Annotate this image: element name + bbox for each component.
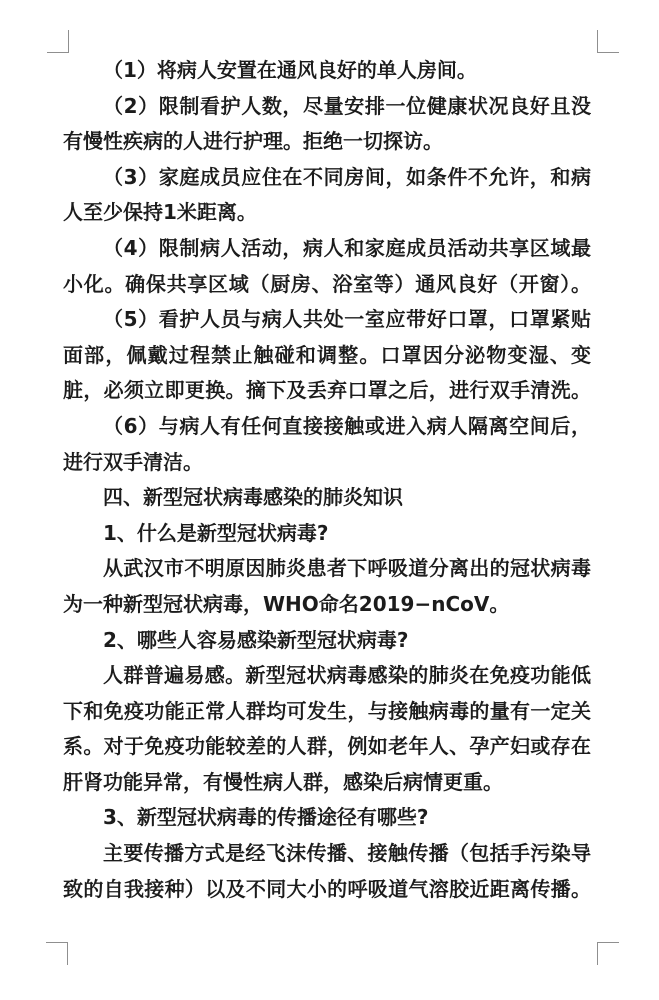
crop-mark-bottom-right (597, 942, 619, 965)
paragraph: （5）看护人员与病人共处一室应带好口罩，口罩紧贴 面部，佩戴过程禁止触碰和调整。… (63, 302, 591, 409)
text-line: （5）看护人员与病人共处一室应带好口罩，口罩紧贴 (63, 302, 591, 338)
text-line: 脏，必须立即更换。摘下及丢弃口罩之后，进行双手清洗。 (63, 373, 591, 409)
text-line: 1、什么是新型冠状病毒? (63, 516, 591, 552)
crop-mark-top-right (597, 30, 619, 53)
text-line: 下和免疫功能正常人群均可发生，与接触病毒的量有一定关 (63, 694, 591, 730)
document-page: （1）将病人安置在通风良好的单人房间。 （2）限制看护人数，尽量安排一位健康状况… (0, 0, 659, 1000)
paragraph: （6）与病人有任何直接接触或进入病人隔离空间后， 进行双手清洁。 (63, 409, 591, 480)
question-heading: 1、什么是新型冠状病毒? (63, 516, 591, 552)
paragraph: （2）限制看护人数，尽量安排一位健康状况良好且没 有慢性疾病的人进行护理。拒绝一… (63, 89, 591, 160)
text-line: 系。对于免疫功能较差的人群，例如老年人、孕产妇或存在 (63, 729, 591, 765)
question-heading: 2、哪些人容易感染新型冠状病毒? (63, 623, 591, 659)
text-line: 2、哪些人容易感染新型冠状病毒? (63, 623, 591, 659)
paragraph: （3）家庭成员应住在不同房间，如条件不允许，和病 人至少保持1米距离。 (63, 160, 591, 231)
text-line: 肝肾功能异常，有慢性病人群，感染后病情更重。 (63, 765, 591, 801)
text-line: （1）将病人安置在通风良好的单人房间。 (63, 53, 591, 89)
page-text: （1）将病人安置在通风良好的单人房间。 （2）限制看护人数，尽量安排一位健康状况… (63, 53, 591, 907)
crop-mark-bottom-left (46, 942, 68, 965)
text-line: 有慢性疾病的人进行护理。拒绝一切探访。 (63, 124, 591, 160)
paragraph: 人群普遍易感。新型冠状病毒感染的肺炎在免疫功能低 下和免疫功能正常人群均可发生，… (63, 658, 591, 800)
text-line: 面部，佩戴过程禁止触碰和调整。口罩因分泌物变湿、变 (63, 338, 591, 374)
text-line: 进行双手清洁。 (63, 445, 591, 481)
paragraph: 从武汉市不明原因肺炎患者下呼吸道分离出的冠状病毒 为一种新型冠状病毒，WHO命名… (63, 551, 591, 622)
crop-mark-top-left (47, 30, 69, 53)
text-line: （2）限制看护人数，尽量安排一位健康状况良好且没 (63, 89, 591, 125)
text-line: （6）与病人有任何直接接触或进入病人隔离空间后， (63, 409, 591, 445)
section-heading: 四、新型冠状病毒感染的肺炎知识 (63, 480, 591, 516)
question-heading: 3、新型冠状病毒的传播途径有哪些? (63, 800, 591, 836)
paragraph: 主要传播方式是经飞沫传播、接触传播（包括手污染导 致的自我接种）以及不同大小的呼… (63, 836, 591, 907)
text-line: 3、新型冠状病毒的传播途径有哪些? (63, 800, 591, 836)
text-line: 人群普遍易感。新型冠状病毒感染的肺炎在免疫功能低 (63, 658, 591, 694)
text-line: 人至少保持1米距离。 (63, 195, 591, 231)
paragraph: （4）限制病人活动，病人和家庭成员活动共享区域最 小化。确保共享区域（厨房、浴室… (63, 231, 591, 302)
paragraph: （1）将病人安置在通风良好的单人房间。 (63, 53, 591, 89)
text-line: 四、新型冠状病毒感染的肺炎知识 (63, 480, 591, 516)
text-line: 为一种新型冠状病毒，WHO命名2019−nCoV。 (63, 587, 591, 623)
text-line: （3）家庭成员应住在不同房间，如条件不允许，和病 (63, 160, 591, 196)
text-line: 主要传播方式是经飞沫传播、接触传播（包括手污染导 (63, 836, 591, 872)
text-line: 从武汉市不明原因肺炎患者下呼吸道分离出的冠状病毒 (63, 551, 591, 587)
text-line: 小化。确保共享区域（厨房、浴室等）通风良好（开窗）。 (63, 267, 591, 303)
text-line: 致的自我接种）以及不同大小的呼吸道气溶胶近距离传播。 (63, 872, 591, 908)
text-line: （4）限制病人活动，病人和家庭成员活动共享区域最 (63, 231, 591, 267)
